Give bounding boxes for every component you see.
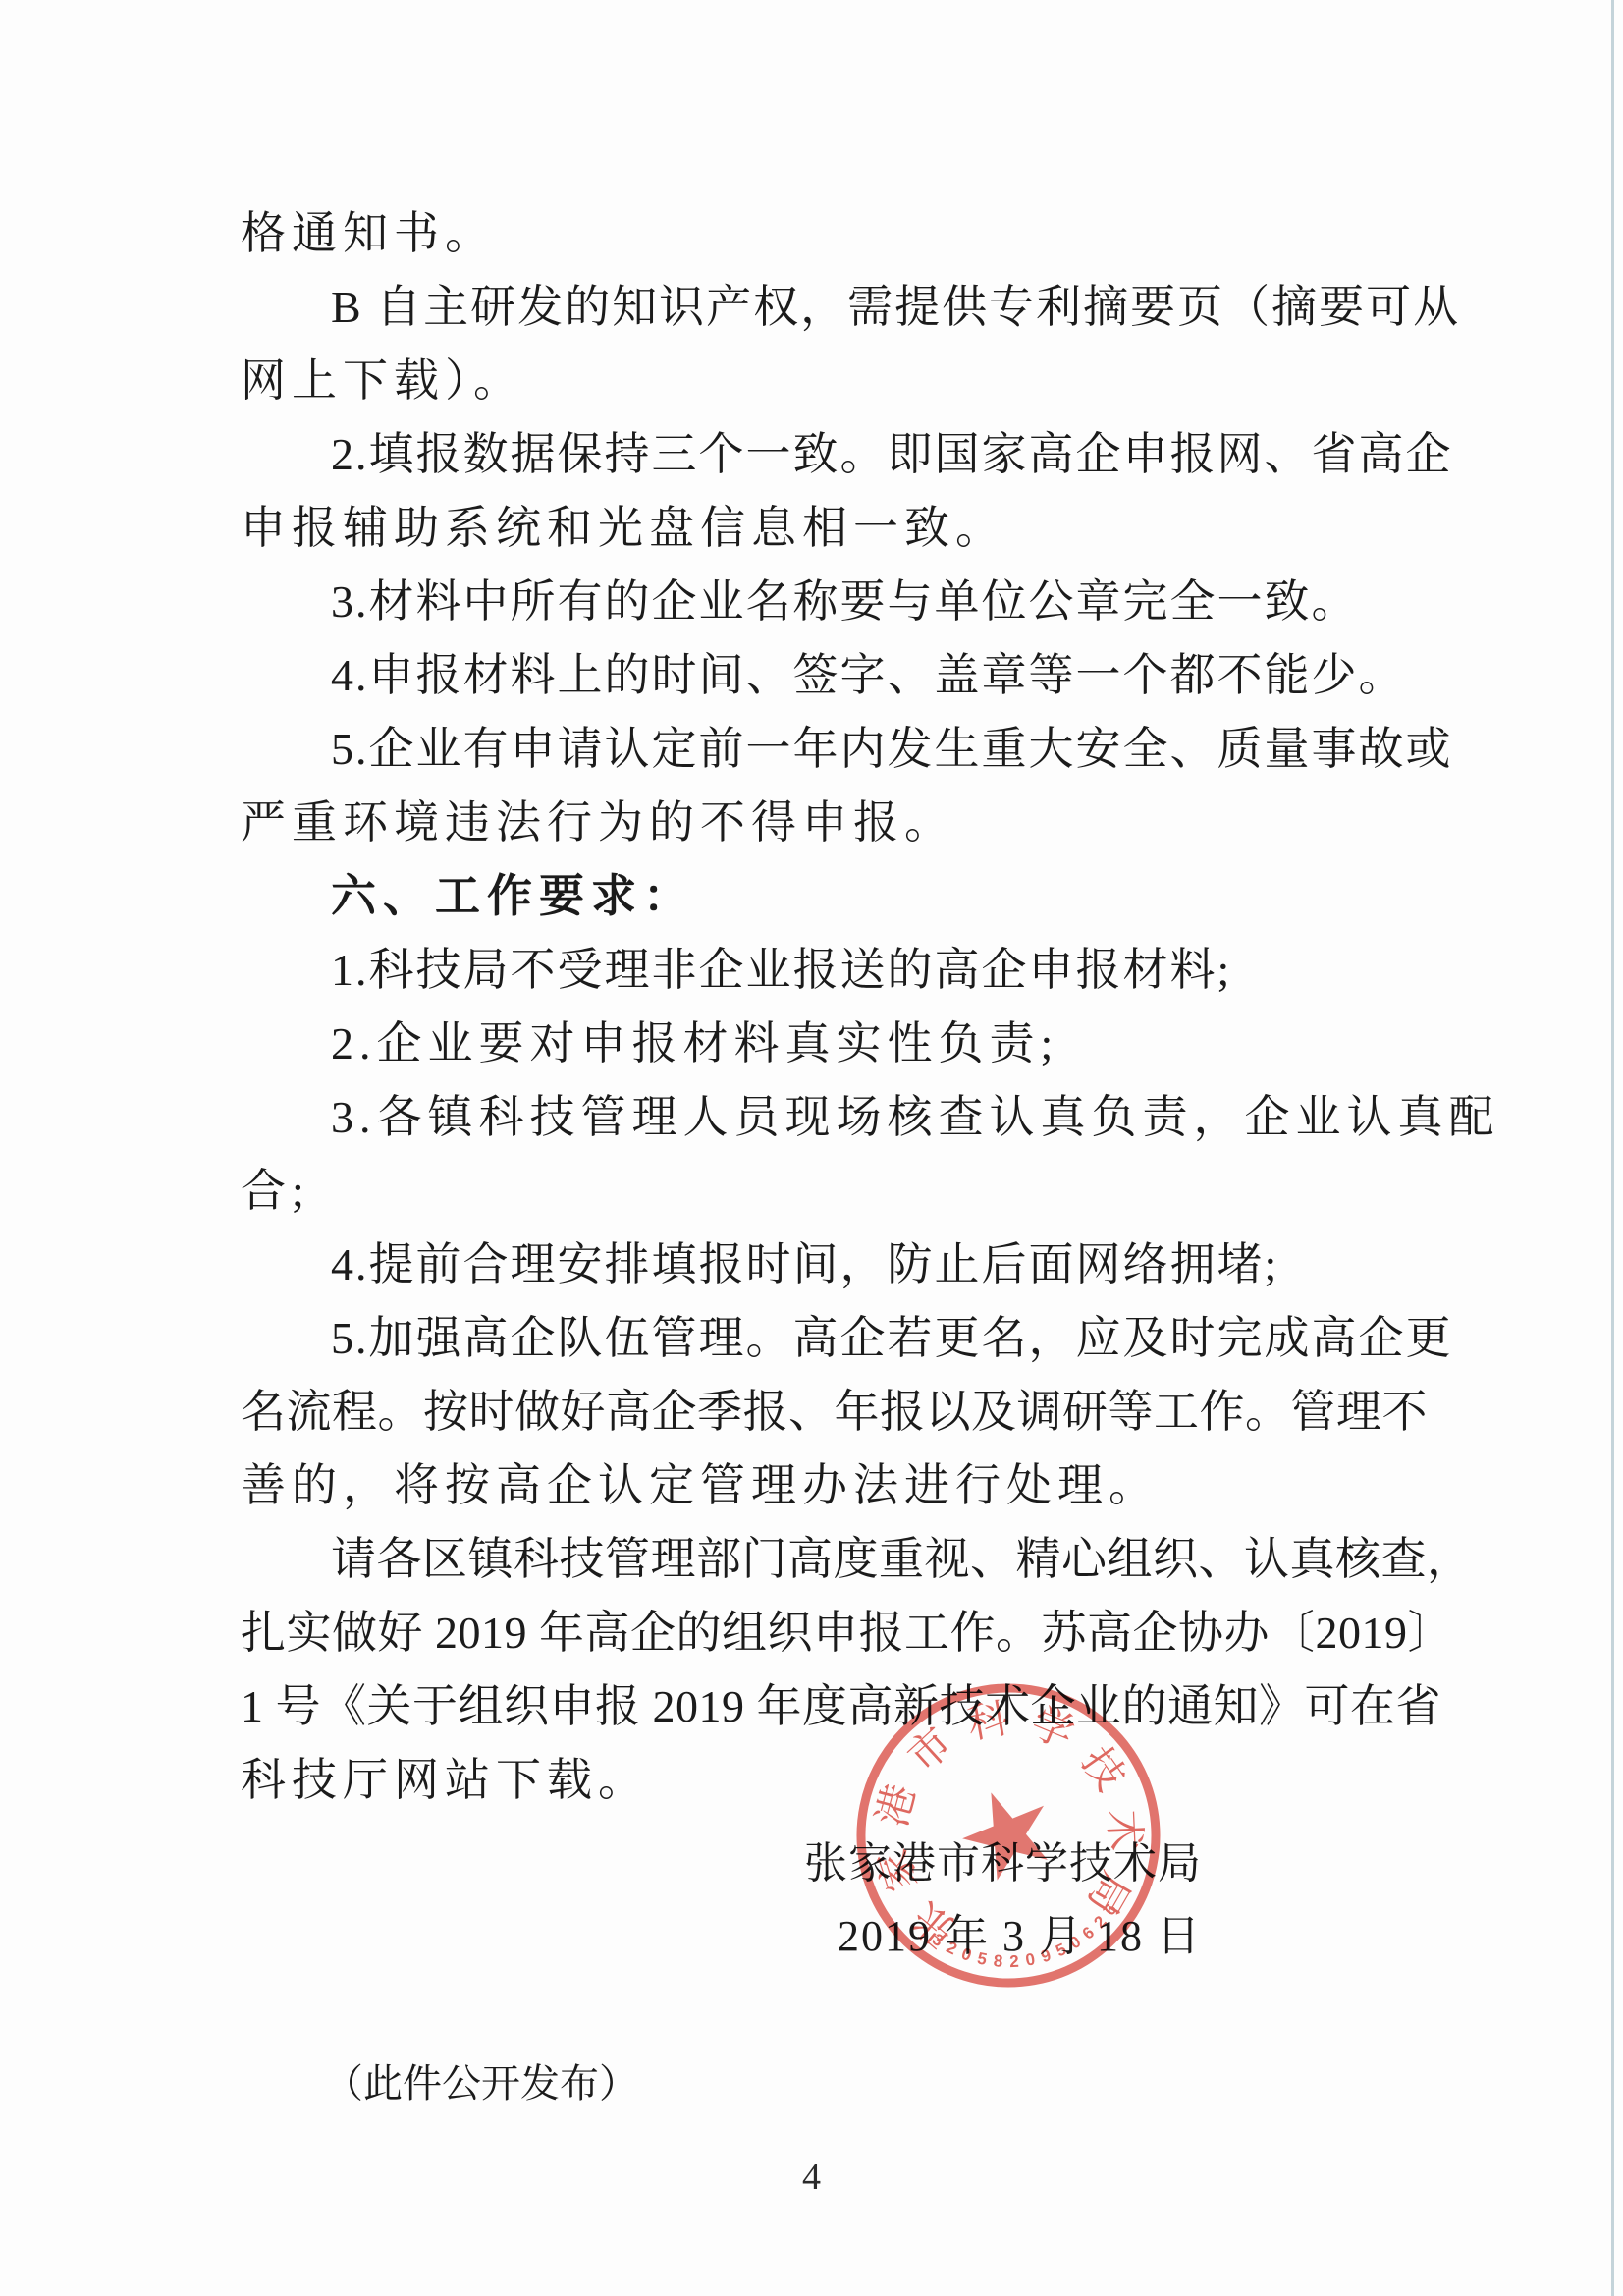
svg-text:学: 学 (1025, 1701, 1080, 1759)
page-number: 4 (0, 2156, 1623, 2199)
svg-text:6: 6 (1079, 1923, 1098, 1943)
body-line: 申报辅助系统和光盘信息相一致。 (241, 491, 1546, 565)
body-line: 1.科技局不受理非企业报送的高企申报材料; (241, 933, 1546, 1007)
body-line: B 自主研发的知识产权，需提供专利摘要页（摘要可从 (241, 270, 1546, 344)
svg-text:2: 2 (1009, 1952, 1019, 1971)
body-line: 扎实做好 2019 年高企的组织申报工作。苏高企协办〔2019〕 (241, 1596, 1546, 1669)
official-seal: 张家港市科学技术局 3205820950626 (841, 1668, 1175, 2002)
document-page: 格通知书。B 自主研发的知识产权，需提供专利摘要页（摘要可从网上下载）。2.填报… (0, 0, 1623, 2296)
svg-text:港: 港 (870, 1779, 924, 1831)
body-line: 名流程。按时做好高企季报、年报以及调研等工作。管理不 (241, 1375, 1546, 1449)
body-line: 格通知书。 (241, 196, 1546, 270)
body-line: 网上下载）。 (241, 344, 1546, 417)
body-line: 3.各镇科技管理人员现场核查认真负责，企业认真配 (241, 1080, 1546, 1154)
scan-edge-line (1611, 0, 1614, 2296)
body-line: 2.填报数据保持三个一致。即国家高企申报网、省高企 (241, 417, 1546, 491)
svg-text:5: 5 (976, 1948, 989, 1969)
body-line: 合; (241, 1154, 1546, 1228)
public-release-note: （此件公开发布） (324, 2052, 638, 2108)
svg-text:家: 家 (871, 1843, 927, 1896)
body-line: 5.企业有申请认定前一年内发生重大安全、质量事故或 (241, 712, 1546, 786)
body-line: 4.申报材料上的时间、签字、盖章等一个都不能少。 (241, 638, 1546, 712)
body-line: 严重环境违法行为的不得申报。 (241, 786, 1546, 859)
body-line: 4.提前合理安排填报时间，防止后面网络拥堵; (241, 1228, 1546, 1301)
body-line: 2.企业要对申报材料真实性负责; (241, 1007, 1546, 1080)
svg-text:术: 术 (1100, 1809, 1147, 1852)
svg-text:0: 0 (1066, 1932, 1084, 1952)
document-body: 格通知书。B 自主研发的知识产权，需提供专利摘要页（摘要可从网上下载）。2.填报… (241, 196, 1546, 1817)
star-icon (955, 1784, 1055, 1886)
svg-text:9: 9 (1039, 1945, 1054, 1966)
body-line: 善的，将按高企认定管理办法进行处理。 (241, 1449, 1546, 1522)
body-line: 3.材料中所有的企业名称要与单位公章完全一致。 (241, 565, 1546, 638)
body-line: 请各区镇科技管理部门高度重视、精心组织、认真核查， (241, 1522, 1546, 1596)
svg-text:0: 0 (959, 1944, 974, 1965)
section-heading: 六、工作要求： (241, 859, 1546, 933)
svg-text:科: 科 (964, 1696, 1012, 1748)
body-line: 5.加强高企队伍管理。高企若更名，应及时完成高企更 (241, 1301, 1546, 1375)
svg-text:5: 5 (1053, 1940, 1069, 1960)
svg-text:0: 0 (1024, 1949, 1037, 1969)
svg-text:8: 8 (993, 1951, 1003, 1971)
